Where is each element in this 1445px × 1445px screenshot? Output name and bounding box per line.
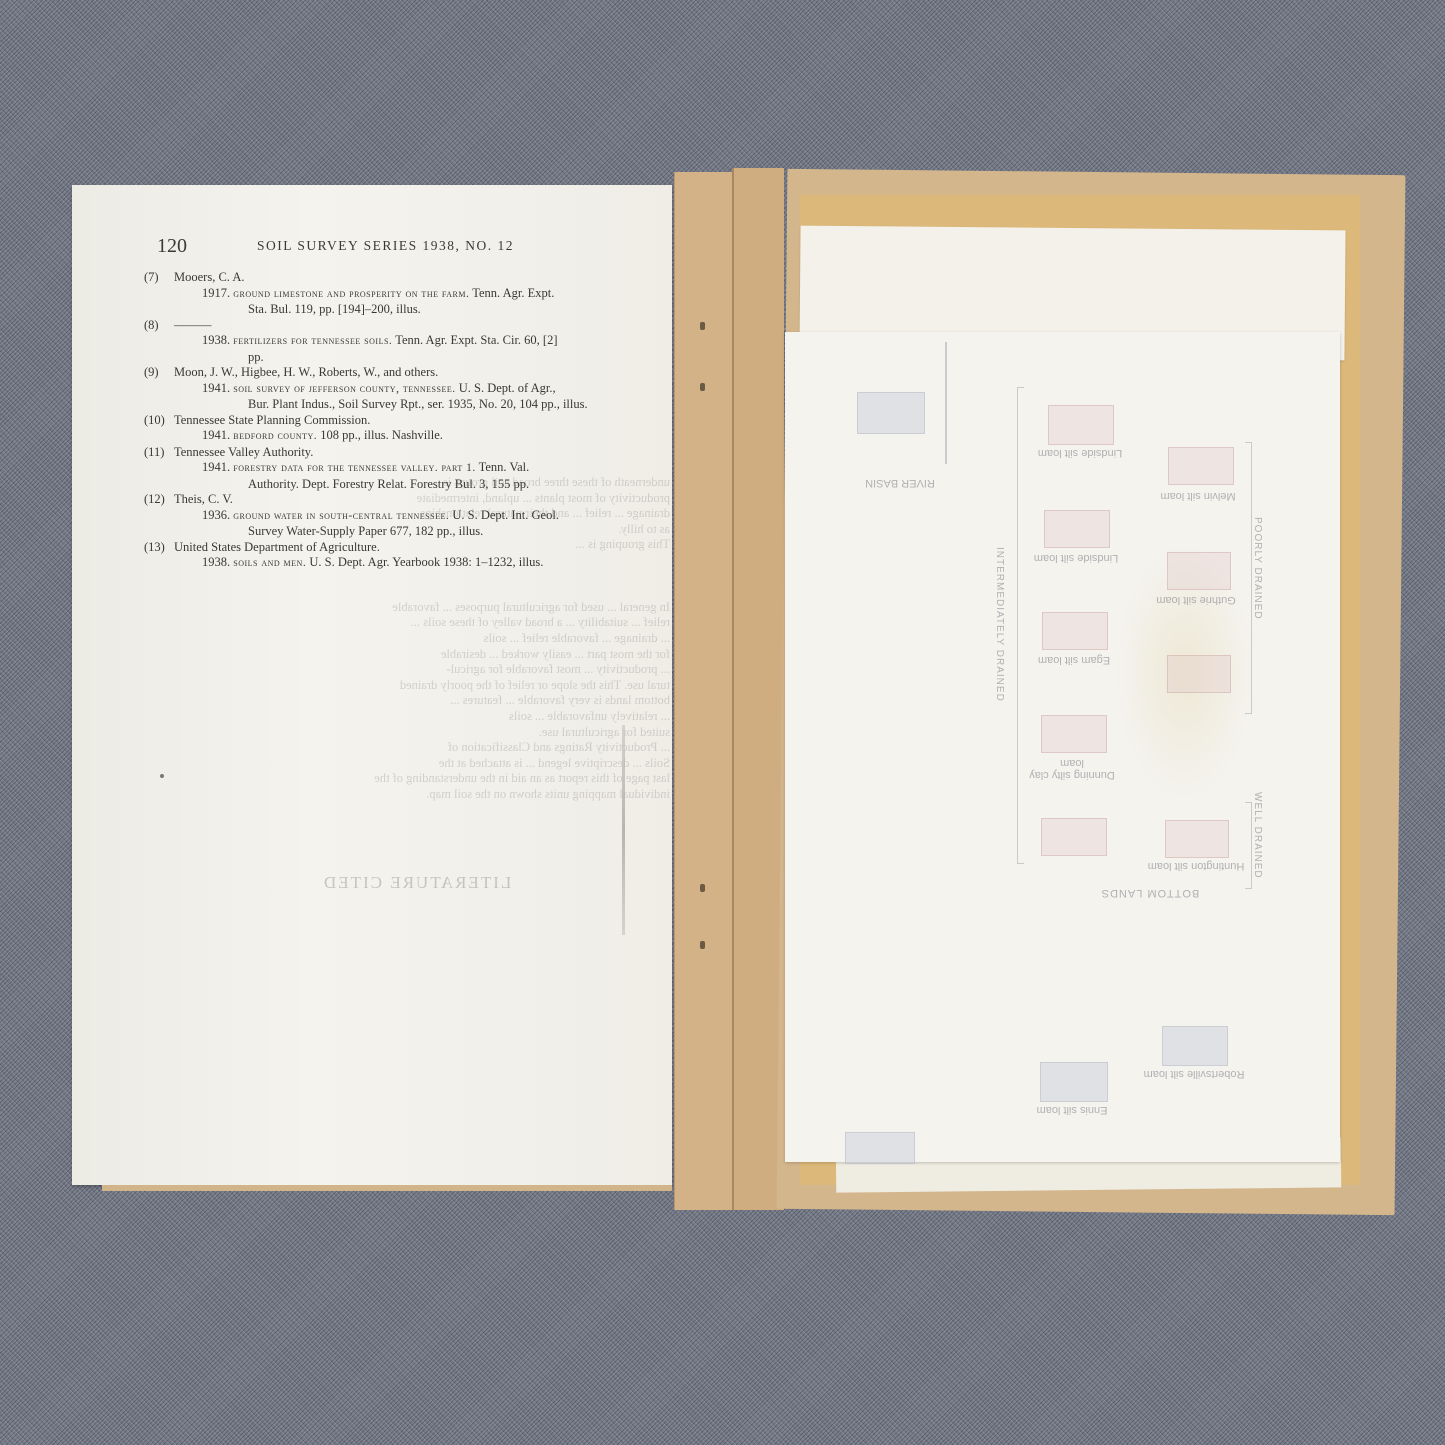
reference-item: (11) Tennessee Valley Authority. 1941. f… [144,445,632,493]
reference-author: Theis, C. V. [144,492,632,508]
reference-title: bedford county. [233,430,317,442]
legend-swatch [1165,820,1229,858]
legend-label: Melvin silt loam [1143,490,1253,502]
reference-source: U. S. Dept. Int. Geol. [452,508,559,522]
reference-citation: 1941. soil survey of jefferson county, t… [144,381,632,398]
legend-swatch [1168,447,1234,485]
reference-number: (9) [144,365,159,381]
legend-label: Lindside silt loam [1025,447,1135,459]
reference-item: (7) Mooers, C. A. 1917. ground limestone… [144,270,632,318]
reference-citation: 1936. ground water in south-central tenn… [144,508,632,525]
reference-number: (13) [144,540,165,556]
reference-item: (12) Theis, C. V. 1936. ground water in … [144,492,632,540]
legend-label: Ennis silt loam [1017,1104,1127,1116]
legend-group-label: WELL DRAINED [1252,792,1263,879]
reference-year: 1938. [202,333,230,347]
reference-year: 1941. [202,460,230,474]
reference-source: U. S. Dept. Agr. Yearbook 1938: 1–1232, … [309,555,543,569]
legend-bracket [1245,442,1252,714]
reference-year: 1938. [202,555,230,569]
reference-year: 1917. [202,286,230,300]
staple-hole [700,383,705,391]
reference-item: (10) Tennessee State Planning Commission… [144,413,632,445]
reference-continuation: Survey Water-Supply Paper 677, 182 pp., … [144,524,632,540]
legend-label: Guthrie silt loam [1141,594,1251,606]
legend-label: Huntington silt loam [1141,860,1251,872]
legend-swatch [1042,612,1108,650]
reference-author: Tennessee Valley Authority. [144,445,632,461]
reference-author: Tennessee State Planning Commission. [144,413,632,429]
legend-section-heading: BOTTOM LANDS [1075,887,1225,899]
reference-continuation: Bur. Plant Indus., Soil Survey Rpt., ser… [144,397,632,413]
reference-title: forestry data for the tennessee valley. … [233,462,475,474]
reference-source: U. S. Dept. of Agr., [459,381,556,395]
legend-swatch [1044,510,1110,548]
legend-section-heading: RIVER BASIN [845,477,955,489]
bleed-through-heading: LITERATURE CITED [322,873,511,893]
legend-bracket [945,342,947,464]
reference-continuation: Sta. Bul. 119, pp. [194]–200, illus. [144,302,632,318]
legend-swatch [1162,1026,1228,1066]
reference-year: 1941. [202,381,230,395]
running-head: SOIL SURVEY SERIES 1938, NO. 12 [257,238,514,254]
envelope-flap [732,168,784,1210]
reference-item: (8) ——— 1938. fertilizers for tennessee … [144,318,632,366]
reference-source: Tenn. Val. [479,460,530,474]
legend-swatch [1167,552,1231,590]
reference-number: (12) [144,492,165,508]
reference-title: fertilizers for tennessee soils. [233,335,392,347]
legend-swatch [1167,655,1231,693]
reference-continuation: Authority. Dept. Forestry Relat. Forestr… [144,477,632,493]
reference-continuation: pp. [144,350,632,366]
reference-title: ground limestone and prosperity on the f… [233,288,469,300]
legend-swatch [1040,1062,1108,1102]
legend-bracket [1245,802,1252,889]
reference-title: soil survey of jefferson county, tenness… [233,383,455,395]
reference-citation: 1941. bedford county. 108 pp., illus. Na… [144,428,632,445]
legend-label: Lindside silt loam [1021,552,1131,564]
reference-source: Tenn. Agr. Expt. [472,286,554,300]
reference-source: Tenn. Agr. Expt. Sta. Cir. 60, [2] [395,333,557,347]
legend-swatch [1041,715,1107,753]
reference-author: Mooers, C. A. [144,270,632,286]
pencil-mark [622,725,625,935]
page-header: 120 SOIL SURVEY SERIES 1938, NO. 12 [157,235,627,259]
reference-item: (13) United States Department of Agricul… [144,540,632,572]
reference-title: ground water in south-central tennessee. [233,510,449,522]
reference-author: United States Department of Agriculture. [144,540,632,556]
legend-group-label: POORLY DRAINED [1252,517,1263,620]
legend-swatch [857,392,925,434]
reference-number: (8) [144,318,159,334]
legend-swatch [845,1132,915,1164]
reference-citation: 1938. fertilizers for tennessee soils. T… [144,333,632,350]
legend-bracket [1017,387,1024,864]
left-page: 120 SOIL SURVEY SERIES 1938, NO. 12 unde… [72,185,672,1185]
legend-label: Egam silt loam [1019,654,1129,666]
reference-author: ——— [144,318,632,334]
reference-citation: 1917. ground limestone and prosperity on… [144,286,632,303]
legend-label: Robertsville silt loam [1139,1068,1249,1080]
reference-citation: 1941. forestry data for the tennessee va… [144,460,632,477]
legend-swatch [1048,405,1114,445]
references-list: (7) Mooers, C. A. 1917. ground limestone… [144,270,632,572]
staple-hole [700,941,705,949]
legend-group-label: INTERMEDIATELY DRAINED [994,547,1005,702]
reference-number: (11) [144,445,164,461]
legend-label: Dunning silty clay loam [1017,757,1127,781]
ink-dot [160,774,164,778]
reference-citation: 1938. soils and men. U. S. Dept. Agr. Ye… [144,555,632,572]
reference-source: 108 pp., illus. Nashville. [320,428,443,442]
reference-year: 1936. [202,508,230,522]
reference-number: (7) [144,270,159,286]
reference-title: soils and men. [233,557,306,569]
folded-soil-map[interactable]: Lindside silt loam Melvin silt loam Lind… [785,332,1340,1162]
page-number: 120 [157,235,187,258]
reference-number: (10) [144,413,165,429]
reference-author: Moon, J. W., Higbee, H. W., Roberts, W.,… [144,365,632,381]
staple-hole [700,884,705,892]
legend-swatch [1041,818,1107,856]
staple-hole [700,322,705,330]
page-edge [102,1185,672,1191]
reference-item: (9) Moon, J. W., Higbee, H. W., Roberts,… [144,365,632,413]
reference-year: 1941. [202,428,230,442]
